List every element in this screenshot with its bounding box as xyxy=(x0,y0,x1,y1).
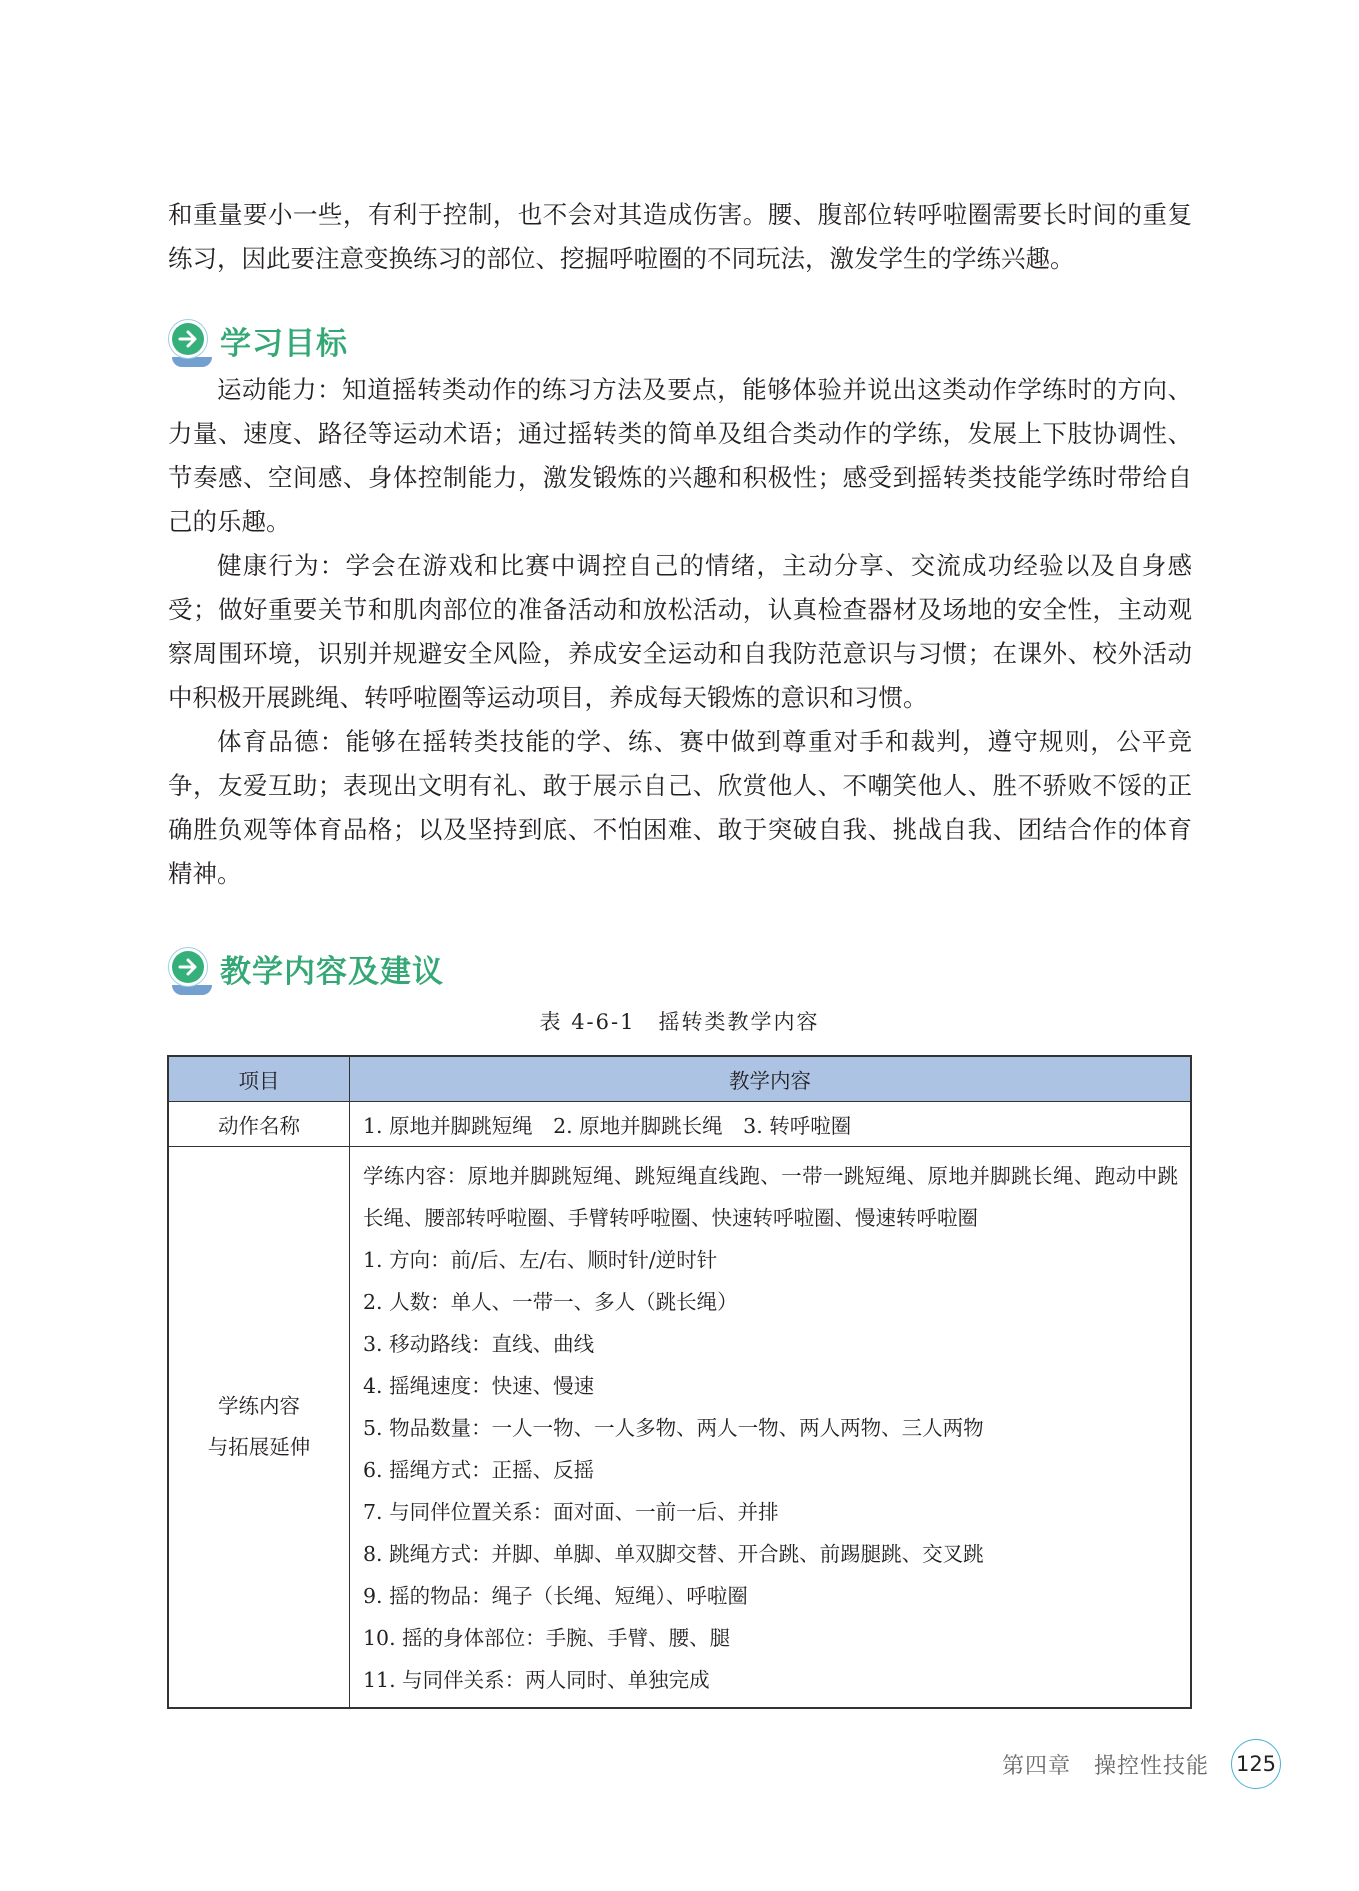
section-heading-goals: 学习目标 xyxy=(168,315,348,365)
header-cell-item: 项目 xyxy=(168,1056,350,1102)
section-title: 学习目标 xyxy=(220,318,348,363)
list-item: 2. 人数：单人、一带一、多人（跳长绳） xyxy=(363,1281,1178,1323)
list-item: 1. 方向：前/后、左/右、顺时针/逆时针 xyxy=(363,1239,1178,1281)
content-intro: 学练内容：原地并脚跳短绳、跳短绳直线跑、一带一跳短绳、原地并脚跳长绳、跑动中跳长… xyxy=(363,1155,1178,1239)
goal-paragraph-sports-ethics: 体育品德：能够在摇转类技能的学、练、赛中做到尊重对手和裁判，遵守规则，公平竞争，… xyxy=(168,720,1192,896)
table-header-row: 项目 教学内容 xyxy=(168,1056,1191,1102)
header-cell-content: 教学内容 xyxy=(350,1056,1192,1102)
goals-body: 运动能力：知道摇转类动作的练习方法及要点，能够体验并说出这类动作学练时的方向、力… xyxy=(168,368,1192,896)
arrow-right-circle-icon xyxy=(168,319,210,361)
page-number: 125 xyxy=(1231,1739,1281,1789)
chapter-title: 第四章 操控性技能 xyxy=(1002,1749,1209,1780)
list-item: 9. 摇的物品：绳子（长绳、短绳）、呼啦圈 xyxy=(363,1575,1178,1617)
list-item: 5. 物品数量：一人一物、一人多物、两人一物、两人两物、三人两物 xyxy=(363,1407,1178,1449)
row-content: 1. 原地并脚跳短绳 2. 原地并脚跳长绳 3. 转呼啦圈 xyxy=(350,1102,1192,1147)
teaching-content-table: 项目 教学内容 动作名称 1. 原地并脚跳短绳 2. 原地并脚跳长绳 3. 转呼… xyxy=(167,1055,1192,1709)
list-item: 8. 跳绳方式：并脚、单脚、单双脚交替、开合跳、前踢腿跳、交叉跳 xyxy=(363,1533,1178,1575)
intro-text: 和重量要小一些，有利于控制，也不会对其造成伤害。腰、腹部位转呼啦圈需要长时间的重… xyxy=(168,193,1192,281)
section-title: 教学内容及建议 xyxy=(220,946,444,991)
row-label: 动作名称 xyxy=(168,1102,350,1147)
intro-paragraph: 和重量要小一些，有利于控制，也不会对其造成伤害。腰、腹部位转呼啦圈需要长时间的重… xyxy=(168,193,1192,281)
table-caption: 表 4-6-1 摇转类教学内容 xyxy=(0,1006,1359,1036)
list-item: 11. 与同伴关系：两人同时、单独完成 xyxy=(363,1659,1178,1701)
table-row: 学练内容 与拓展延伸 学练内容：原地并脚跳短绳、跳短绳直线跑、一带一跳短绳、原地… xyxy=(168,1147,1191,1709)
row-label-line: 与拓展延伸 xyxy=(170,1427,348,1468)
table-row: 动作名称 1. 原地并脚跳短绳 2. 原地并脚跳长绳 3. 转呼啦圈 xyxy=(168,1102,1191,1147)
arrow-right-circle-icon xyxy=(168,947,210,989)
list-item: 6. 摇绳方式：正摇、反摇 xyxy=(363,1449,1178,1491)
list-item: 10. 摇的身体部位：手腕、手臂、腰、腿 xyxy=(363,1617,1178,1659)
row-content: 学练内容：原地并脚跳短绳、跳短绳直线跑、一带一跳短绳、原地并脚跳长绳、跑动中跳长… xyxy=(350,1147,1192,1709)
goal-paragraph-health-behavior: 健康行为：学会在游戏和比赛中调控自己的情绪，主动分享、交流成功经验以及自身感受；… xyxy=(168,544,1192,720)
list-item: 7. 与同伴位置关系：面对面、一前一后、并排 xyxy=(363,1491,1178,1533)
list-item: 4. 摇绳速度：快速、慢速 xyxy=(363,1365,1178,1407)
goal-paragraph-motor-skills: 运动能力：知道摇转类动作的练习方法及要点，能够体验并说出这类动作学练时的方向、力… xyxy=(168,368,1192,544)
list-item: 3. 移动路线：直线、曲线 xyxy=(363,1323,1178,1365)
row-label: 学练内容 与拓展延伸 xyxy=(168,1147,350,1709)
page-footer: 第四章 操控性技能 125 xyxy=(1002,1740,1359,1788)
row-label-line: 学练内容 xyxy=(170,1386,348,1427)
section-heading-content: 教学内容及建议 xyxy=(168,943,444,993)
